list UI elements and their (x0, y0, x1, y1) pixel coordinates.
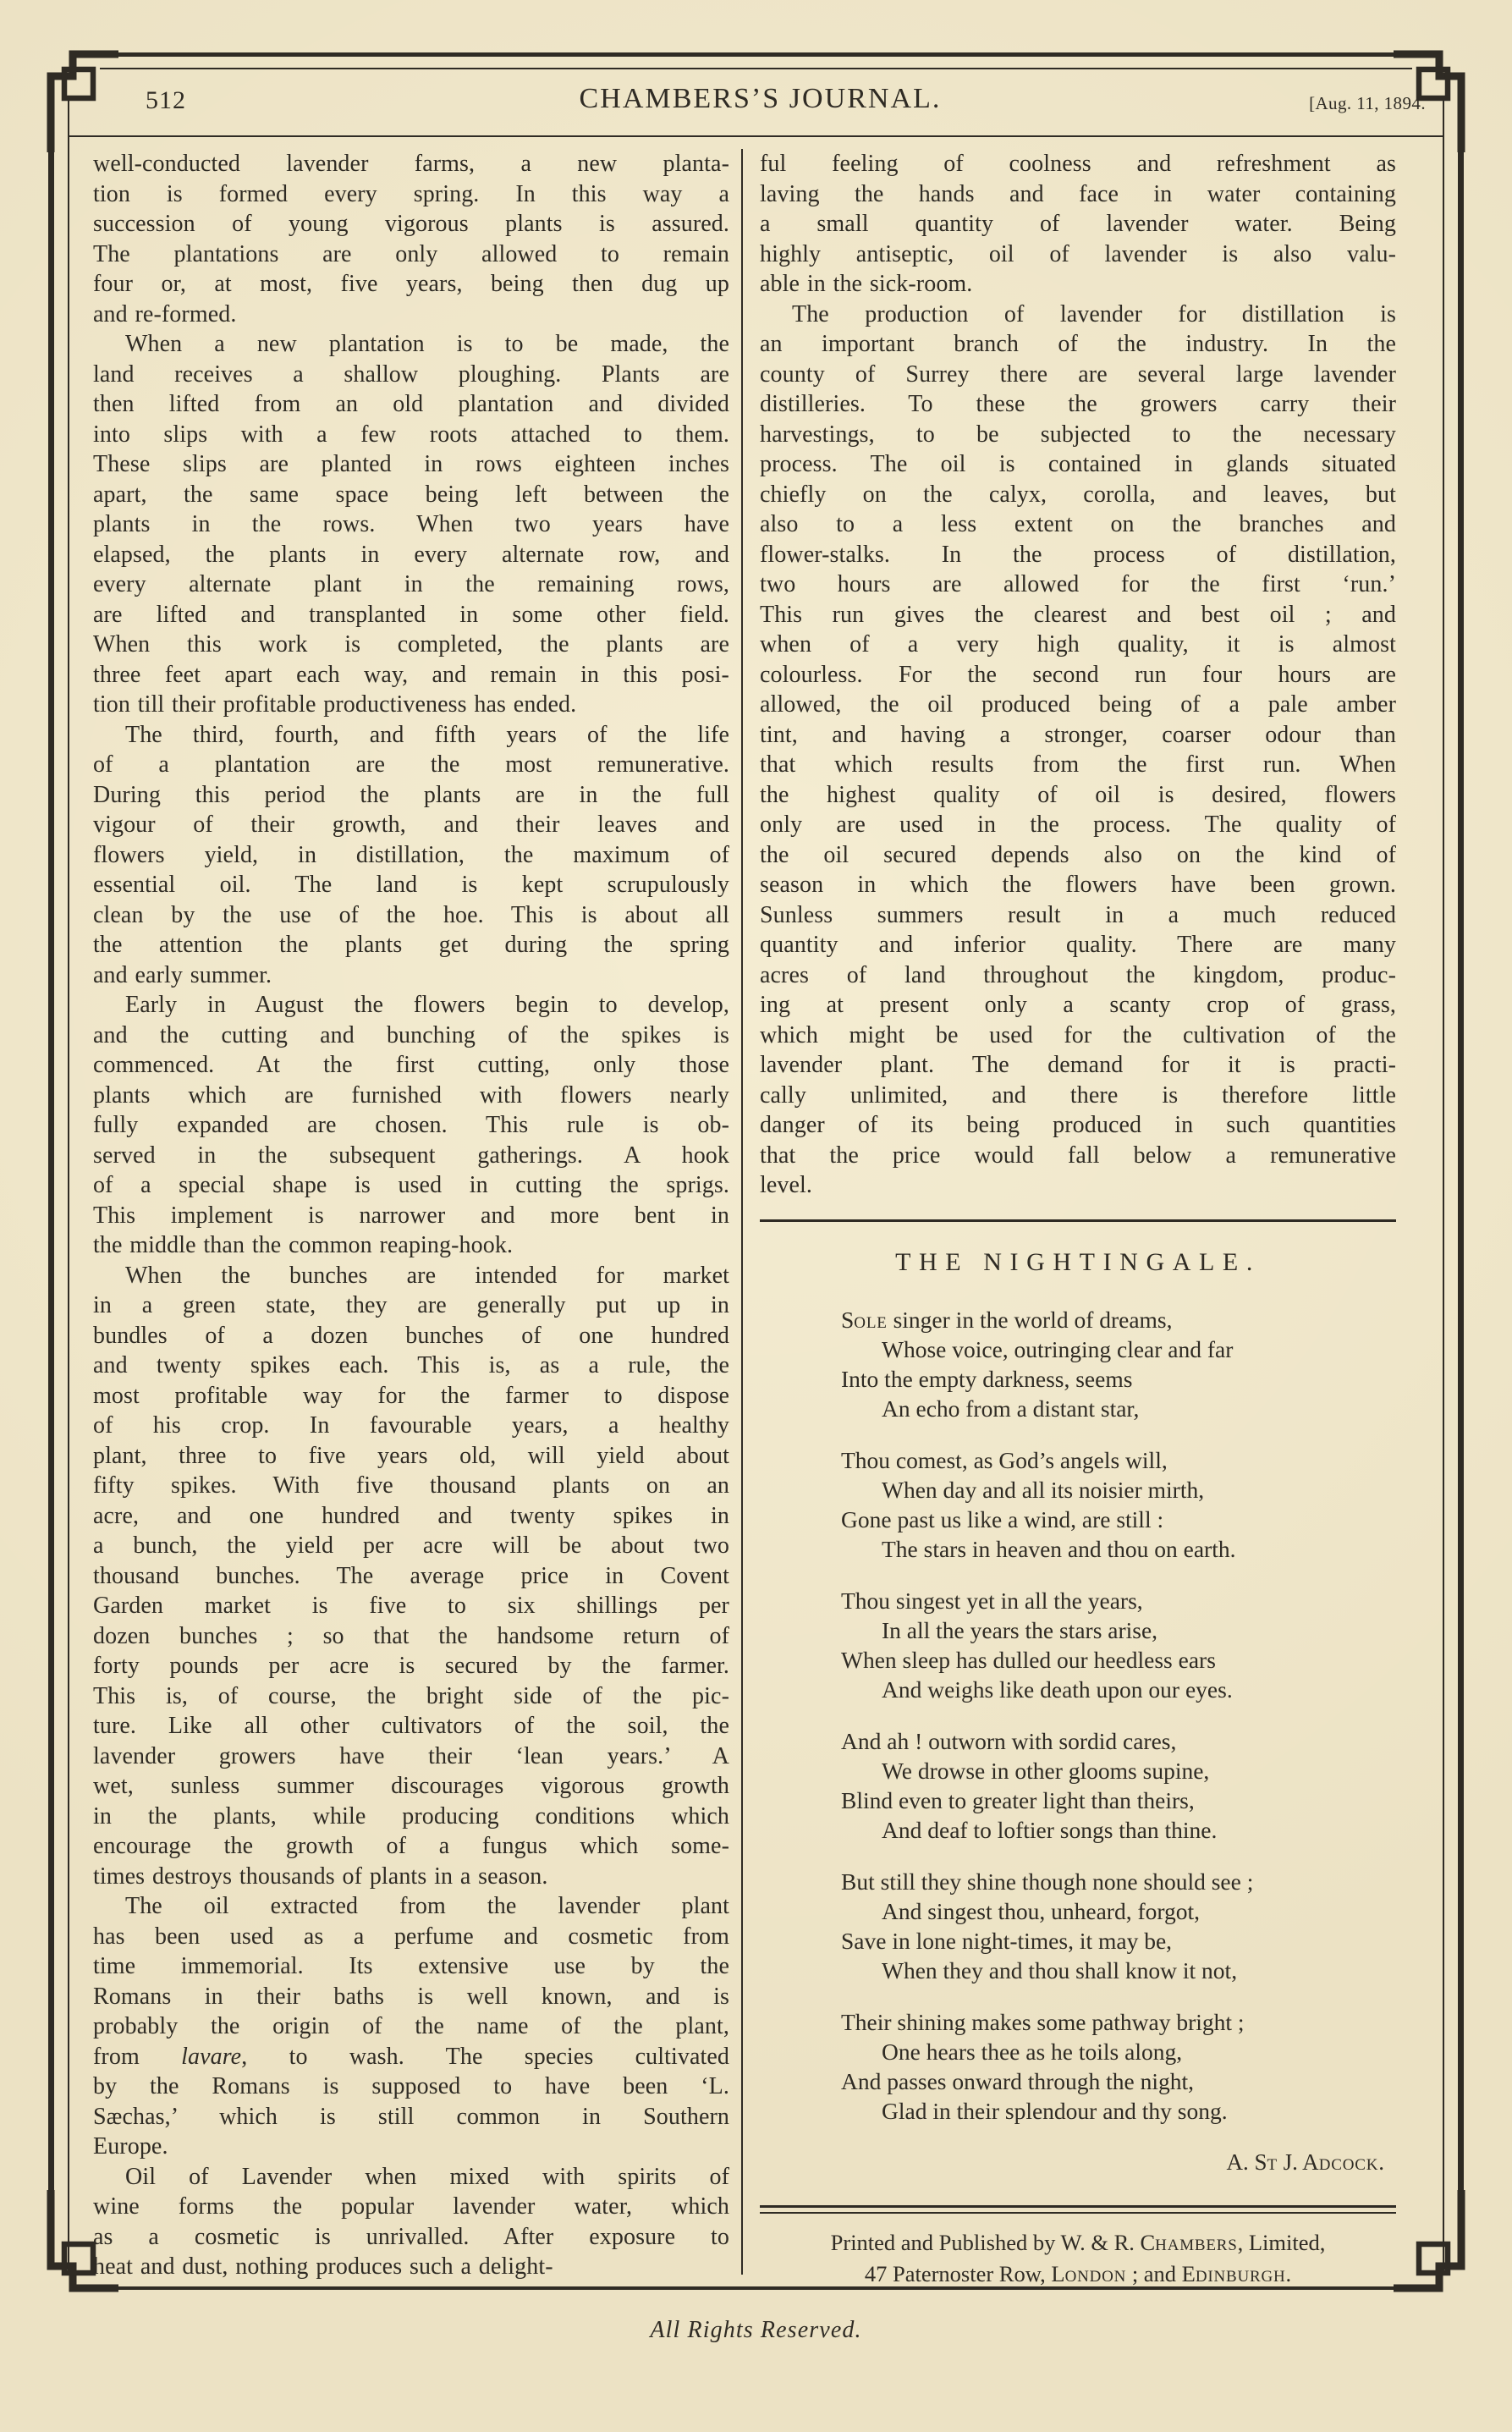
poem-stanza: But still they shine though none should … (760, 1867, 1396, 1985)
poem-line: Thou singest yet in all the years, (841, 1586, 1396, 1615)
text-line: that the price would fall below a remune… (760, 1141, 1396, 1171)
text-line: tion is formed every spring. In this way… (93, 179, 729, 210)
paragraph: The production of lavender for distillat… (760, 300, 1396, 1201)
text-line: and the cutting and bunching of the spik… (93, 1021, 729, 1051)
text-line: heat and dust, nothing produces such a d… (93, 2252, 729, 2282)
text-line: in a green state, they are generally put… (93, 1290, 729, 1321)
journal-page: 512 CHAMBERS’S JOURNAL. [Aug. 11, 1894. … (0, 0, 1512, 2432)
text-line: tint, and having a stronger, coarser odo… (760, 720, 1396, 751)
header-rule (69, 135, 1443, 137)
text-line: Europe. (93, 2132, 729, 2162)
text-line: four or, at most, five years, being then… (93, 269, 729, 300)
poem-line: Their shining makes some pathway bright … (841, 2007, 1396, 2037)
poem-line: When day and all its noisier mirth, (841, 1475, 1396, 1505)
text-line: flowers yield, in distillation, the maxi… (93, 840, 729, 871)
text-line: season in which the flowers have been gr… (760, 870, 1396, 900)
text-line: encourage the growth of a fungus which s… (93, 1831, 729, 1862)
publisher-imprint: Printed and Published by W. & R. Chamber… (760, 2227, 1396, 2290)
text-line: highly antiseptic, oil of lavender is al… (760, 239, 1396, 270)
text-line: served in the subsequent gatherings. A h… (93, 1141, 729, 1171)
paragraph: Early in August the flowers begin to dev… (93, 990, 729, 1261)
text-line: When the bunches are intended for market (93, 1261, 729, 1291)
poem-line: Blind even to greater light than theirs, (841, 1785, 1396, 1815)
text-line: of his crop. In favourable years, a heal… (93, 1411, 729, 1441)
text-line: plants which are furnished with flowers … (93, 1081, 729, 1111)
text-line: acre, and one hundred and twenty spikes … (93, 1501, 729, 1532)
text-line: Romans in their baths is well known, and… (93, 1982, 729, 2012)
text-line: land receives a shallow ploughing. Plant… (93, 360, 729, 390)
text-line: wine forms the popular lavender water, w… (93, 2192, 729, 2222)
text-line: from lavare, to wash. The species cultiv… (93, 2042, 729, 2072)
text-line: two hours are allowed for the first ‘run… (760, 569, 1396, 600)
text-line: The production of lavender for distillat… (760, 300, 1396, 330)
text-line: into slips with a few roots attached to … (93, 420, 729, 450)
text-line: fully expanded are chosen. This rule is … (93, 1110, 729, 1141)
frame-right-thick-rule (1458, 149, 1464, 2197)
text-line: quantity and inferior quality. There are… (760, 930, 1396, 960)
poem-line: In all the years the stars arise, (841, 1615, 1396, 1645)
text-line: cally unlimited, and there is therefore … (760, 1081, 1396, 1111)
left-column: well-conducted lavender farms, a new pla… (93, 149, 729, 2280)
text-line: the middle than the common reaping-hook. (93, 1230, 729, 1261)
poem-line: The stars in heaven and thou on earth. (841, 1534, 1396, 1564)
text-line: most profitable way for the farmer to di… (93, 1381, 729, 1411)
text-line: in the plants, while producing condition… (93, 1802, 729, 1832)
text-line: time immemorial. Its extensive use by th… (93, 1951, 729, 1982)
frame-left-thin-rule (68, 100, 69, 2275)
text-line: These slips are planted in rows eighteen… (93, 449, 729, 480)
text-line: succession of young vigorous plants is a… (93, 209, 729, 239)
page-number: 512 (146, 86, 186, 115)
text-line: county of Surrey there are several large… (760, 360, 1396, 390)
poem-line: One hears thee as he toils along, (841, 2037, 1396, 2066)
text-line: When a new plantation is to be made, the (93, 329, 729, 360)
imprint-rule (760, 2205, 1396, 2214)
text-line: only are used in the process. The qualit… (760, 810, 1396, 840)
poem-line: When they and thou shall know it not, (841, 1956, 1396, 1985)
poem-title: THE NIGHTINGALE. (760, 1246, 1396, 1279)
text-line: and twenty spikes each. This is, as a ru… (93, 1351, 729, 1381)
text-line: an important branch of the industry. In … (760, 329, 1396, 360)
text-line: ful feeling of coolness and refreshment … (760, 149, 1396, 179)
text-line: a small quantity of lavender water. Bein… (760, 209, 1396, 239)
poem-line: An echo from a distant star, (841, 1394, 1396, 1423)
text-line: laving the hands and face in water conta… (760, 179, 1396, 210)
text-line: plant, three to five years old, will yie… (93, 1441, 729, 1472)
text-line: has been used as a perfume and cosmetic … (93, 1922, 729, 1952)
text-line: process. The oil is contained in glands … (760, 449, 1396, 480)
text-line: Sunless summers result in a much reduced (760, 900, 1396, 931)
text-line: also to a less extent on the branches an… (760, 509, 1396, 540)
text-line: chiefly on the calyx, corolla, and leave… (760, 480, 1396, 510)
paragraph: The oil extracted from the lavender plan… (93, 1891, 729, 2162)
text-line: thousand bunches. The average price in C… (93, 1561, 729, 1592)
poem-line: And passes onward through the night, (841, 2066, 1396, 2096)
imprint-line: 47 Paternoster Row, London ; and Edinbur… (760, 2259, 1396, 2290)
text-line: lavender growers have their ‘lean years.… (93, 1741, 729, 1772)
text-line: that which results from the first run. W… (760, 750, 1396, 780)
text-line: distilleries. To these the growers carry… (760, 389, 1396, 420)
text-line: apart, the same space being left between… (93, 480, 729, 510)
text-line: well-conducted lavender farms, a new pla… (93, 149, 729, 179)
text-line: This run gives the clearest and best oil… (760, 600, 1396, 630)
frame-right-thin-rule (1443, 100, 1444, 2275)
text-line: Oil of Lavender when mixed with spirits … (93, 2162, 729, 2193)
text-line: when of a very high quality, it is almos… (760, 630, 1396, 660)
poem-line: And deaf to loftier songs than thine. (841, 1815, 1396, 1845)
poem-line: And weighs like death upon our eyes. (841, 1675, 1396, 1704)
text-line: forty pounds per acre is secured by the … (93, 1651, 729, 1681)
poem-stanza: And ah ! outworn with sordid cares,We dr… (760, 1726, 1396, 1845)
text-line: level. (760, 1170, 1396, 1201)
poem-line: Save in lone night-times, it may be, (841, 1926, 1396, 1956)
frame-left-thick-rule (48, 149, 54, 2197)
poem-line: And singest thou, unheard, forgot, (841, 1896, 1396, 1926)
text-line: ture. Like all other cultivators of the … (93, 1711, 729, 1741)
poem-line: Whose voice, outringing clear and far (841, 1334, 1396, 1364)
paragraph: When the bunches are intended for market… (93, 1261, 729, 1892)
text-line: as a cosmetic is unrivalled. After expos… (93, 2222, 729, 2253)
text-line: This implement is narrower and more bent… (93, 1201, 729, 1231)
poem-author: A. St J. Adcock. (760, 2148, 1396, 2176)
text-line: three feet apart each way, and remain in… (93, 660, 729, 691)
text-line: ing at present only a scanty crop of gra… (760, 990, 1396, 1021)
text-line: Garden market is five to six shillings p… (93, 1591, 729, 1621)
poem-line: Into the empty darkness, seems (841, 1364, 1396, 1394)
text-line: Sæchas,’ which is still common in Southe… (93, 2102, 729, 2132)
poem-line: Thou comest, as God’s angels will, (841, 1445, 1396, 1475)
poem-line: And ah ! outworn with sordid cares, (841, 1726, 1396, 1756)
text-line: a bunch, the yield per acre will be abou… (93, 1531, 729, 1561)
issue-date: [Aug. 11, 1894. (1309, 93, 1426, 114)
text-line: by the Romans is supposed to have been ‘… (93, 2072, 729, 2102)
corner-ornament (1394, 2190, 1478, 2300)
text-line: This is, of course, the bright side of t… (93, 1681, 729, 1712)
text-line: dozen bunches ; so that the handsome ret… (93, 1621, 729, 1652)
running-head: 512 CHAMBERS’S JOURNAL. [Aug. 11, 1894. (93, 83, 1427, 125)
text-line: tion till their profitable productivenes… (93, 690, 729, 720)
journal-title: CHAMBERS’S JOURNAL. (580, 83, 942, 115)
text-line: The oil extracted from the lavender plan… (93, 1891, 729, 1922)
text-line: clean by the use of the hoe. This is abo… (93, 900, 729, 931)
text-line: harvestings, to be subjected to the nece… (760, 420, 1396, 450)
page-body: well-conducted lavender farms, a new pla… (93, 149, 1396, 2280)
text-line: danger of its being produced in such qua… (760, 1110, 1396, 1141)
text-line: times destroys thousands of plants in a … (93, 1862, 729, 1892)
text-line: allowed, the oil produced being of a pal… (760, 690, 1396, 720)
section-rule (760, 1219, 1396, 1222)
text-line: essential oil. The land is kept scrupulo… (93, 870, 729, 900)
text-line: bundles of a dozen bunches of one hundre… (93, 1321, 729, 1351)
rights-notice: All Rights Reserved. (0, 2317, 1512, 2344)
text-line: which might be used for the cultivation … (760, 1021, 1396, 1051)
text-line: Early in August the flowers begin to dev… (93, 990, 729, 1021)
text-line: able in the sick-room. (760, 269, 1396, 300)
text-line: then lifted from an old plantation and d… (93, 389, 729, 420)
text-line: fifty spikes. With five thousand plants … (93, 1471, 729, 1501)
poem-stanza: Thou singest yet in all the years,In all… (760, 1586, 1396, 1704)
poem-line: When sleep has dulled our heedless ears (841, 1645, 1396, 1675)
poem-stanza: Thou comest, as God’s angels will,When d… (760, 1445, 1396, 1564)
poem-line: But still they shine though none should … (841, 1867, 1396, 1896)
text-line: When this work is completed, the plants … (93, 630, 729, 660)
right-column: ful feeling of coolness and refreshment … (760, 149, 1396, 2280)
text-line: elapsed, the plants in every alternate r… (93, 540, 729, 570)
text-line: every alternate plant in the remaining r… (93, 569, 729, 600)
text-line: The plantations are only allowed to rema… (93, 239, 729, 270)
text-line: and early summer. (93, 960, 729, 991)
text-line: probably the origin of the name of the p… (93, 2011, 729, 2042)
imprint-line: Printed and Published by W. & R. Chamber… (760, 2227, 1396, 2259)
frame-top-thin-rule (100, 68, 1412, 69)
text-line: vigour of their growth, and their leaves… (93, 810, 729, 840)
column-divider-rule (741, 149, 743, 2275)
paragraph: well-conducted lavender farms, a new pla… (93, 149, 729, 329)
text-line: the attention the plants get during the … (93, 930, 729, 960)
poem-line: Sole singer in the world of dreams, (841, 1305, 1396, 1334)
text-line: plants in the rows. When two years have (93, 509, 729, 540)
text-line: wet, sunless summer discourages vigorous… (93, 1771, 729, 1802)
text-line: of a special shape is used in cutting th… (93, 1170, 729, 1201)
poem-stanza: Their shining makes some pathway bright … (760, 2007, 1396, 2126)
frame-top-thick-rule (100, 52, 1412, 57)
paragraph: When a new plantation is to be made, the… (93, 329, 729, 720)
poem-stanza: Sole singer in the world of dreams,Whose… (760, 1305, 1396, 1423)
text-line: the highest quality of oil is desired, f… (760, 780, 1396, 811)
text-line: and re-formed. (93, 300, 729, 330)
text-line: are lifted and transplanted in some othe… (93, 600, 729, 630)
paragraph: ful feeling of coolness and refreshment … (760, 149, 1396, 300)
poem-line: We drowse in other glooms supine, (841, 1756, 1396, 1785)
paragraph: The third, fourth, and fifth years of th… (93, 720, 729, 991)
text-line: colourless. For the second run four hour… (760, 660, 1396, 691)
text-line: The third, fourth, and fifth years of th… (93, 720, 729, 751)
text-line: flower-stalks. In the process of distill… (760, 540, 1396, 570)
text-line: commenced. At the first cutting, only th… (93, 1050, 729, 1081)
text-line: the oil secured depends also on the kind… (760, 840, 1396, 871)
text-line: of a plantation are the most remunerativ… (93, 750, 729, 780)
poem-line: Gone past us like a wind, are still : (841, 1505, 1396, 1534)
text-line: lavender plant. The demand for it is pra… (760, 1050, 1396, 1081)
poem-line: Glad in their splendour and thy song. (841, 2096, 1396, 2126)
paragraph: Oil of Lavender when mixed with spirits … (93, 2162, 729, 2282)
text-line: acres of land throughout the kingdom, pr… (760, 960, 1396, 991)
text-line: During this period the plants are in the… (93, 780, 729, 811)
